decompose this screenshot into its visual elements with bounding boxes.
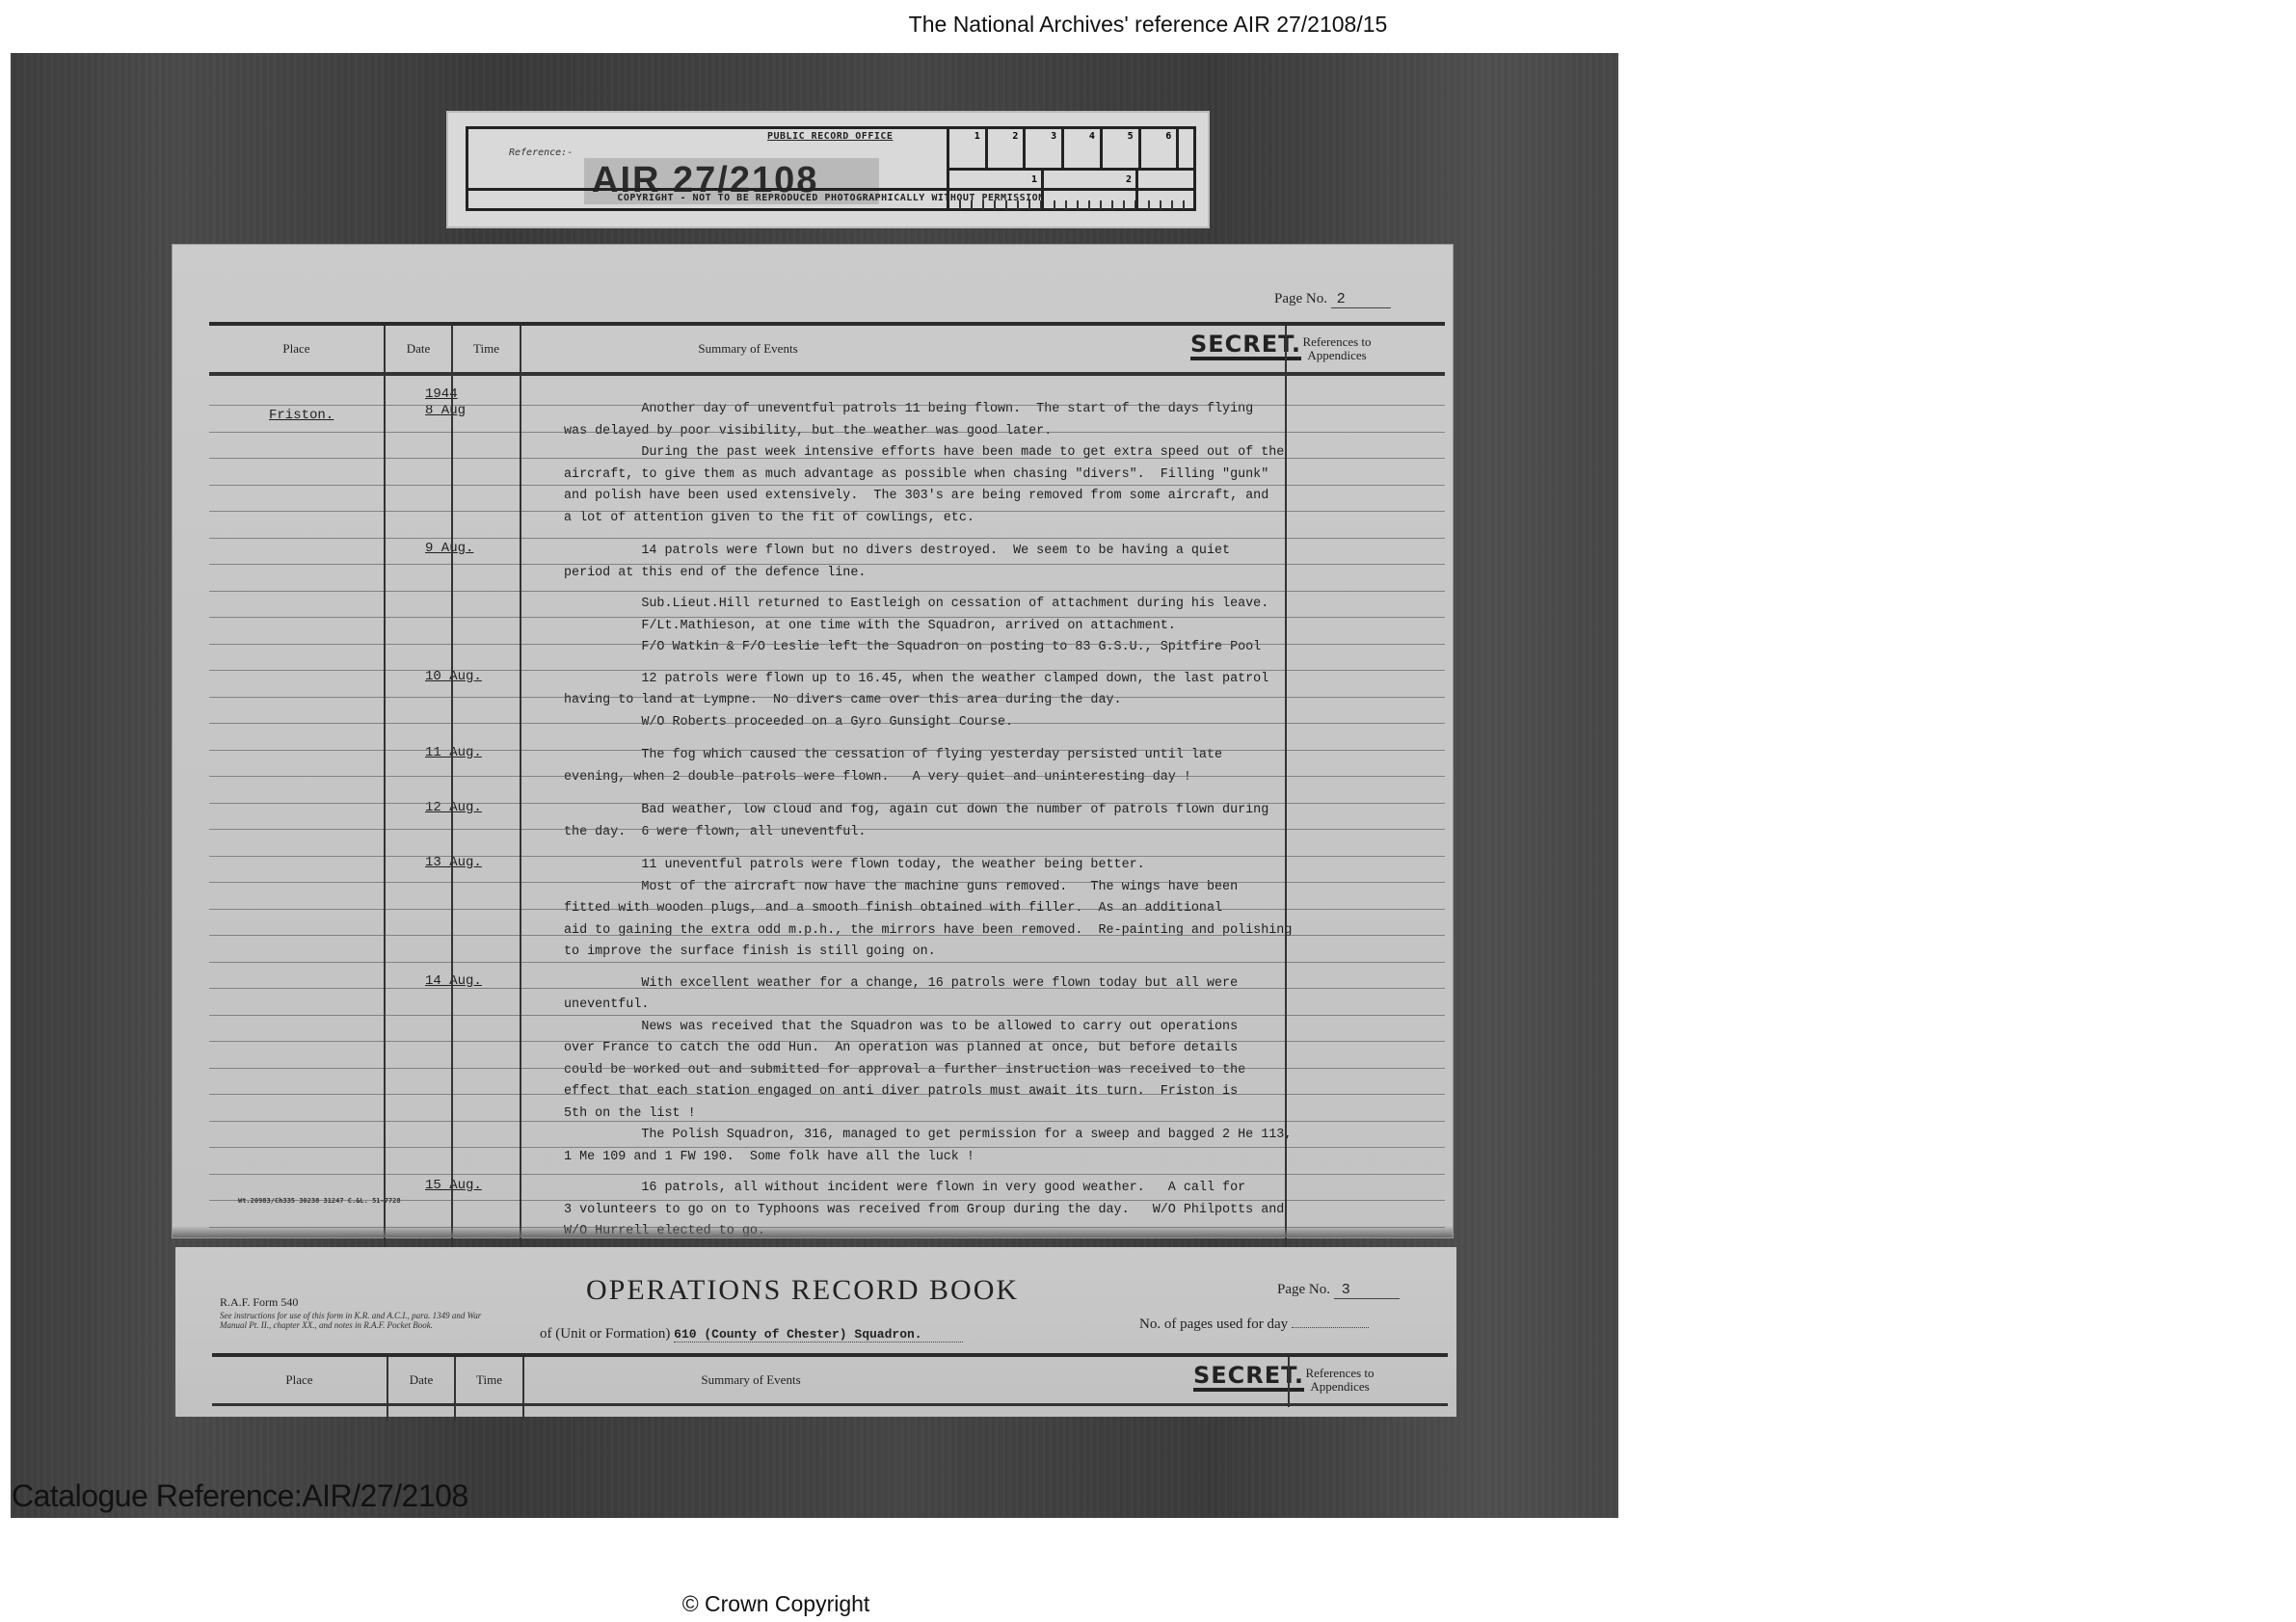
entry-date: 15 Aug. xyxy=(425,1178,482,1194)
unit-value: 610 (County of Chester) Squadron. xyxy=(674,1327,963,1343)
entry-summary: Another day of uneventful patrols 11 bei… xyxy=(564,399,1335,529)
entry-date: 1944 8 Aug xyxy=(425,386,466,419)
ruled-line xyxy=(209,803,1445,804)
ruler-mark: 4 xyxy=(1064,129,1103,168)
ruled-line xyxy=(209,405,1445,406)
column-divider xyxy=(384,326,386,1270)
archive-reference-header: The National Archives' reference AIR 27/… xyxy=(0,12,2296,38)
ruled-line xyxy=(209,1094,1445,1095)
page-number-value: 3 xyxy=(1334,1282,1400,1299)
entry-place: Friston. xyxy=(269,408,334,423)
entry-date: 10 Aug. xyxy=(425,669,482,685)
entry-summary: Sub.Lieut.Hill returned to Eastleigh on … xyxy=(564,594,1335,659)
page-number-label: Page No. xyxy=(1274,291,1327,306)
ruled-line xyxy=(209,723,1445,724)
column-header-place: Place xyxy=(212,1357,387,1403)
ruled-line xyxy=(209,988,1445,989)
ruled-line xyxy=(209,1147,1445,1148)
entry-date: 13 Aug. xyxy=(425,855,482,871)
entry-date: 14 Aug. xyxy=(425,973,482,990)
entry-summary: The fog which caused the cessation of fl… xyxy=(564,745,1335,788)
reference-slip-frame: PUBLIC RECORD OFFICE Reference:- AIR 27/… xyxy=(466,126,1196,211)
entry-date: 9 Aug. xyxy=(425,541,473,557)
form-instructions: See instructions for use of this form in… xyxy=(220,1311,509,1330)
catalogue-reference: Catalogue Reference:AIR/27/2108 xyxy=(12,1478,468,1514)
reference-label: Reference:- xyxy=(509,147,573,158)
ruled-line xyxy=(209,1041,1445,1042)
events-table-header: Place Date Time Summary of Events SECRET… xyxy=(209,326,1445,376)
ruled-line xyxy=(209,458,1445,459)
entry-date: 11 Aug. xyxy=(425,745,482,761)
pages-used-field: No. of pages used for day xyxy=(1139,1316,1369,1333)
unit-label: of (Unit or Formation) xyxy=(540,1326,670,1342)
events-table-next: Place Date Time Summary of Events SECRET… xyxy=(212,1353,1448,1406)
copyright-notice: COPYRIGHT - NOT TO BE REPRODUCED PHOTOGR… xyxy=(468,188,1193,208)
ruled-line xyxy=(209,1015,1445,1016)
ruled-line xyxy=(209,1121,1445,1122)
record-page-3: R.A.F. Form 540 See instructions for use… xyxy=(175,1247,1456,1417)
ruled-line xyxy=(209,1068,1445,1069)
pages-used-blank xyxy=(1292,1327,1369,1328)
ruled-line xyxy=(209,935,1445,936)
unit-field: of (Unit or Formation) 610 (County of Ch… xyxy=(540,1326,963,1343)
ruled-line xyxy=(209,856,1445,857)
column-divider xyxy=(1285,326,1287,1270)
ruled-line xyxy=(209,829,1445,830)
reference-slip: PUBLIC RECORD OFFICE Reference:- AIR 27/… xyxy=(446,111,1210,228)
page-number: Page No. 2 xyxy=(1274,291,1391,308)
record-page-2: Page No. 2 Place Date Time Summary of Ev… xyxy=(173,245,1453,1237)
ruler-mark: 6 xyxy=(1141,129,1180,168)
page-fold-shadow xyxy=(173,1226,1453,1237)
column-header-time: Time xyxy=(456,1357,522,1403)
ruled-line xyxy=(209,670,1445,671)
archive-reference-text: The National Archives' reference AIR 27/… xyxy=(909,12,1388,37)
column-header-date: Date xyxy=(386,326,451,372)
ruler-top-scale: 123456 xyxy=(949,129,1193,171)
column-header-references: References to Appendices xyxy=(1289,326,1385,372)
ruled-line xyxy=(209,882,1445,883)
entry-summary: Bad weather, low cloud and fog, again cu… xyxy=(564,800,1335,843)
column-divider xyxy=(454,1357,456,1421)
column-header-summary: Summary of Events xyxy=(524,1357,977,1403)
column-header-summary: Summary of Events xyxy=(521,326,974,372)
column-divider xyxy=(1288,1357,1290,1407)
ruled-line xyxy=(209,511,1445,512)
ruled-line xyxy=(209,617,1445,618)
column-header-time: Time xyxy=(453,326,520,372)
column-divider xyxy=(451,326,453,1270)
column-header-references: References to Appendices xyxy=(1292,1357,1388,1403)
ruled-line xyxy=(209,485,1445,486)
form-id: R.A.F. Form 540 xyxy=(220,1295,298,1310)
ruler-mark xyxy=(1179,129,1193,168)
ruled-line xyxy=(209,644,1445,645)
crown-copyright: © Crown Copyright xyxy=(0,1591,1552,1617)
ruled-line xyxy=(209,432,1445,433)
column-divider xyxy=(522,1357,524,1421)
ruler-mark: 1 xyxy=(949,129,988,168)
pages-used-label: No. of pages used for day xyxy=(1139,1316,1288,1332)
ruled-line xyxy=(209,697,1445,698)
ruled-line xyxy=(209,591,1445,592)
events-table: Place Date Time Summary of Events SECRET… xyxy=(209,322,1445,376)
column-header-date: Date xyxy=(388,1357,454,1403)
entry-summary: With excellent weather for a change, 16 … xyxy=(564,973,1335,1169)
column-header-place: Place xyxy=(209,326,384,372)
ruler-mark: 5 xyxy=(1103,129,1141,168)
ruled-line xyxy=(209,1174,1445,1175)
column-divider xyxy=(387,1357,388,1421)
page-number-value: 2 xyxy=(1331,291,1391,308)
ruled-line xyxy=(209,962,1445,963)
ruler-mark: 2 xyxy=(988,129,1027,168)
ruled-line xyxy=(209,538,1445,539)
operations-record-book-title: OPERATIONS RECORD BOOK xyxy=(586,1274,1019,1307)
page-number: Page No. 3 xyxy=(1277,1282,1400,1299)
ruler-mark: 3 xyxy=(1026,129,1064,168)
events-table-header: Place Date Time Summary of Events SECRET… xyxy=(212,1357,1448,1406)
column-divider xyxy=(520,326,521,1270)
ruled-line xyxy=(209,750,1445,751)
ruled-line xyxy=(209,909,1445,910)
public-record-office-label: PUBLIC RECORD OFFICE xyxy=(767,131,893,142)
printer-mark: Wt.20983/Ch335 30238 31247 C.&L. 51-7728 xyxy=(238,1197,401,1205)
ruled-line xyxy=(209,564,1445,565)
entry-summary: 14 patrols were flown but no divers dest… xyxy=(564,541,1335,584)
ruled-line xyxy=(209,776,1445,777)
page-number-label: Page No. xyxy=(1277,1282,1330,1297)
